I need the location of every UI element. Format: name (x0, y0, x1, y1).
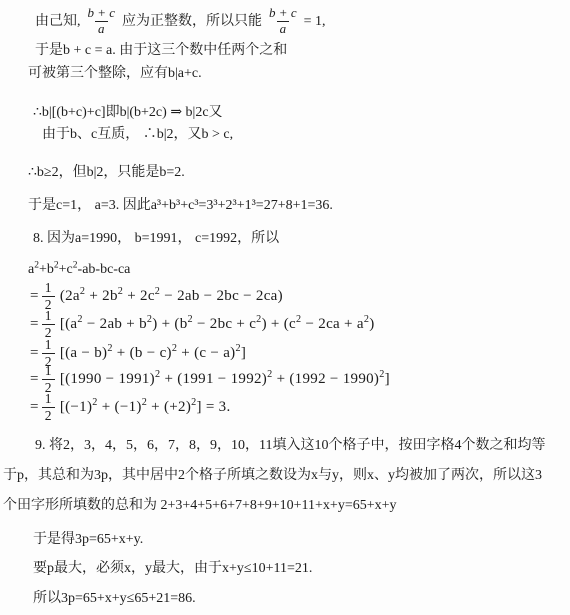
equation-body: [(1990 − 1991)2 + (1991 − 1992)2 + (1992… (60, 371, 390, 388)
equals-sign: = (30, 316, 39, 333)
fraction-b-plus-c-over-a: b + c a (85, 6, 119, 37)
p7-line2: 于是b + c = a. 由于这三个数中任两个之和 (35, 42, 287, 59)
p8-expression: a2+b2+c2-ab-bc-ca (28, 261, 130, 278)
p9-line2: 于p，其总和为3p，其中居中2个格子所填之数设为x与y，则x、y均被加了两次，所… (3, 467, 542, 484)
p7-line4: ∴b|[(b+c)+c]即b|(b+2c) ⇒ b|2c又 (33, 104, 223, 121)
fraction-one-half: 1 2 (42, 391, 55, 423)
p9-line4: 于是得3p=65+x+y. (33, 531, 143, 548)
equation-body: [(a2 − 2ab + b2) + (b2 − 2bc + c2) + (c2… (60, 316, 375, 333)
equals-sign: = (30, 399, 39, 416)
equals-sign: = (30, 345, 39, 362)
p7-line3: 可被第三个整除，应有b|a+c. (28, 65, 202, 82)
p7-line6: ∴b≥2，但b|2，只能是b=2. (28, 164, 185, 181)
p7-line1-pre: 由己知, (35, 14, 81, 29)
p9-line6: 所以3p=65+x+y≤65+21=86. (33, 590, 196, 607)
equation-body: [(a − b)2 + (b − c)2 + (c − a)2] (60, 345, 246, 362)
p8-equation-2: = 1 2 [(a2 − 2ab + b2) + (b2 − 2bc + c2)… (30, 308, 375, 340)
fraction-numerator: 1 (42, 280, 55, 296)
document-page: 由己知, b + c a 应为正整数，所以只能 b + c a = 1, 于是b… (0, 0, 570, 615)
fraction-numerator: 1 (42, 391, 55, 407)
fraction-numerator: 1 (42, 308, 55, 324)
p9-line3: 个田字形所填数的总和为 2+3+4+5+6+7+8+9+10+11+x+y=65… (3, 497, 397, 514)
fraction-one-half: 1 2 (42, 308, 55, 340)
p7-line1: 由己知, b + c a 应为正整数，所以只能 b + c a = 1, (35, 6, 326, 37)
fraction-b-plus-c-over-a: b + c a (266, 6, 300, 37)
fraction-denominator: a (95, 21, 108, 37)
fraction-numerator: 1 (42, 337, 55, 353)
equals-sign: = (30, 288, 39, 305)
p7-line5: 由于b、c互质， ∴b|2，又b > c, (42, 126, 233, 143)
fraction-numerator: b + c (85, 6, 119, 21)
p8-intro: 8. 因为a=1990， b=1991， c=1992，所以 (33, 230, 279, 247)
fraction-numerator: b + c (266, 6, 300, 21)
p9-line5: 要p最大，必须x，y最大，由于x+y≤10+11=21. (33, 560, 312, 577)
p7-line1-mid: 应为正整数，所以只能 (122, 14, 262, 29)
fraction-denominator: a (277, 21, 290, 37)
fraction-denominator: 2 (42, 407, 55, 424)
equals-sign: = (30, 371, 39, 388)
p7-line7: 于是c=1， a=3. 因此a³+b³+c³=3³+2³+1³=27+8+1=3… (28, 197, 333, 214)
fraction-numerator: 1 (42, 363, 55, 379)
p7-line1-post: = 1, (304, 14, 326, 29)
p9-line1: 9. 将2，3，4，5，6，7，8，9，10，11填入这10个格子中，按田字格4… (35, 437, 545, 454)
p8-equation-5: = 1 2 [(−1)2 + (−1)2 + (+2)2] = 3. (30, 391, 231, 423)
equation-body: (2a2 + 2b2 + 2c2 − 2ab − 2bc − 2ca) (60, 288, 283, 305)
equation-body: [(−1)2 + (−1)2 + (+2)2] = 3. (60, 399, 231, 416)
